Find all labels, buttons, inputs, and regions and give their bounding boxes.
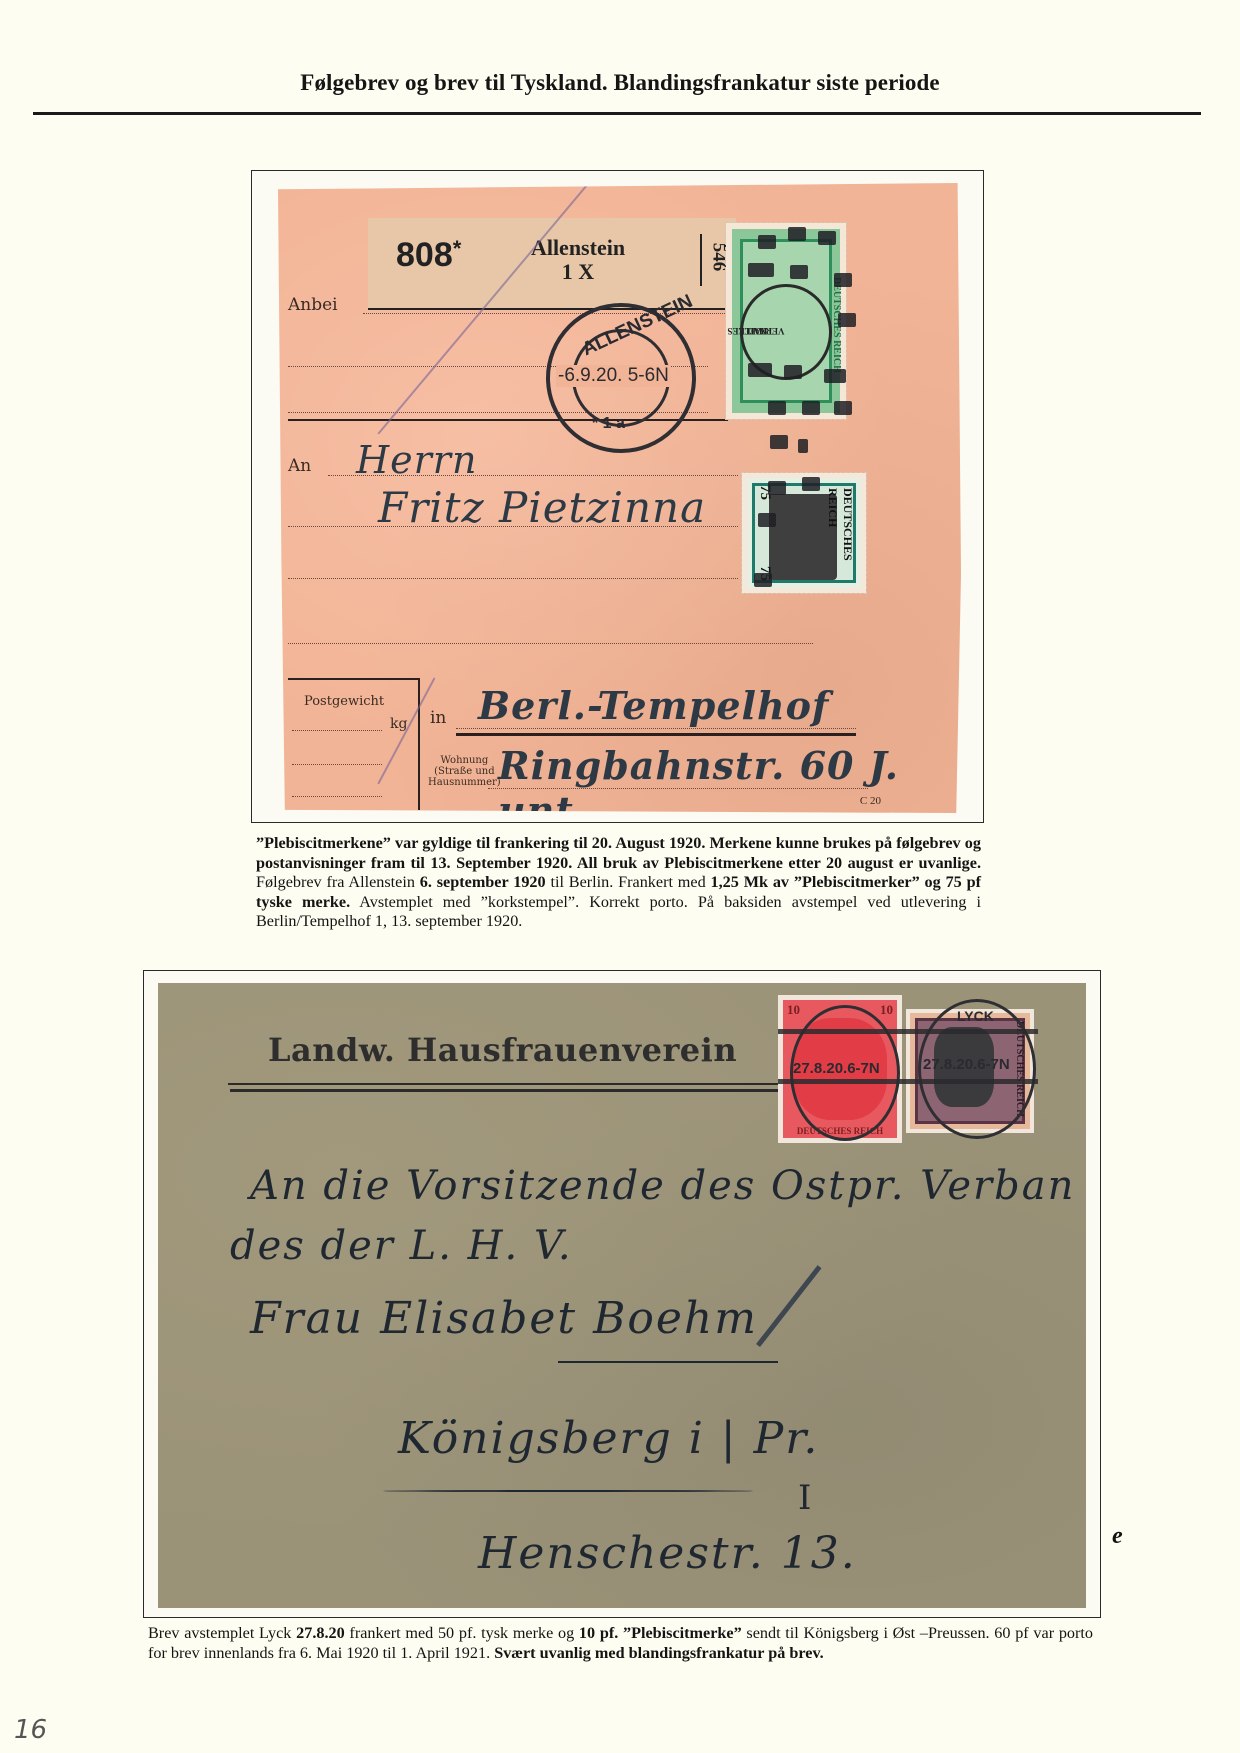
parcel-card: 808* Allenstein 1 X 546 Anbei An Postgew…	[278, 183, 961, 813]
handwritten-salutation: Herrn	[356, 438, 477, 482]
handwritten-city: Königsberg i | Pr.	[398, 1413, 819, 1464]
cork-cancel	[768, 401, 786, 415]
postgewicht-box: Postgewicht kg	[288, 678, 420, 810]
label-town: Allenstein	[508, 236, 648, 260]
underline	[558, 1361, 778, 1363]
cork-cancel	[748, 363, 772, 377]
cork-cancel	[784, 365, 802, 379]
field-an: An	[288, 456, 311, 476]
page-number: 16	[14, 1715, 47, 1745]
postmark-date: -6.9.20. 5-6N	[556, 365, 671, 387]
cork-cancel	[834, 273, 852, 287]
label-office: 1 X	[508, 260, 648, 284]
header-rule	[230, 1089, 848, 1092]
parcel-card-frame: 808* Allenstein 1 X 546 Anbei An Postgew…	[251, 170, 984, 823]
cork-cancel	[798, 439, 808, 453]
page-title: Følgebrev og brev til Tyskland. Blanding…	[0, 70, 1240, 96]
caption-segment: 6. september 1920	[420, 873, 546, 891]
caption-segment: ”Plebiscitmerkene” var gyldige til frank…	[256, 834, 981, 872]
envelope-frame: Landw. Hausfrauenverein 10 10 DEUTSCHES …	[143, 970, 1101, 1618]
handwritten-street: Henschestr. 13.	[478, 1528, 857, 1579]
caption-segment: Brev avstemplet Lyck	[148, 1624, 296, 1642]
cork-cancel	[790, 265, 808, 279]
caption-segment: Svært uvanlig med blandingsfrankatur på …	[494, 1644, 824, 1662]
cork-cancel	[754, 573, 772, 587]
handwritten-recipient: Frau Elisabet Boehm	[250, 1293, 758, 1344]
ink-stroke	[756, 1265, 822, 1347]
lyck-postmark: 27.8.20.6-7N	[790, 1005, 900, 1141]
cork-cancel	[834, 401, 852, 415]
allenstein-postmark: ALLENSTEIN -6.9.20. 5-6N * 1 a	[546, 303, 696, 453]
envelope: Landw. Hausfrauenverein 10 10 DEUTSCHES …	[158, 983, 1086, 1608]
bar-cancel	[778, 1079, 1038, 1084]
handwritten-city: Berl.-Tempelhof	[478, 683, 829, 728]
divider-line	[456, 733, 856, 736]
cork-cancel	[802, 401, 820, 415]
cork-cancel	[802, 477, 820, 491]
lyck-postmark: LYCK 27.8.20.6-7N	[918, 999, 1036, 1139]
caption-segment: 27.8.20	[296, 1624, 345, 1642]
handwritten-recipient: Fritz Pietzinna	[378, 483, 706, 532]
caption-segment: Følgebrev fra Allenstein	[256, 873, 420, 891]
caption-envelope: Brev avstemplet Lyck 27.8.20 frankert me…	[148, 1624, 1093, 1663]
caption-parcel-card: ”Plebiscitmerkene” var gyldige til frank…	[256, 834, 981, 932]
caption-segment: Avstemplet med ”korkstempel”. Korrekt po…	[256, 893, 981, 931]
dotted-line	[288, 643, 813, 644]
parcel-number: 808	[396, 236, 453, 274]
handwritten-floor: I	[798, 1478, 813, 1518]
caption-segment: til Berlin. Frankert med	[546, 873, 711, 891]
cork-cancel	[748, 263, 774, 277]
dotted-line	[363, 313, 763, 314]
bar-cancel	[778, 1029, 1038, 1034]
cork-cancel	[838, 313, 856, 327]
field-in: in	[430, 708, 446, 728]
field-postgewicht: Postgewicht	[304, 694, 384, 709]
cork-cancel	[758, 513, 776, 527]
caption-segment: 10 pf. ”Plebiscitmerke”	[579, 1624, 742, 1642]
field-anbei: Anbei	[288, 295, 338, 315]
margin-note: e	[1112, 1523, 1123, 1550]
header-rule	[228, 1083, 848, 1085]
underline	[383, 1490, 753, 1492]
cork-cancel	[788, 227, 806, 241]
cork-cancel	[770, 435, 788, 449]
cork-cancel	[758, 235, 776, 249]
handwritten-line-2: des der L. H. V.	[230, 1223, 573, 1269]
title-divider	[33, 112, 1201, 115]
handwritten-street: Ringbahnstr. 60 J. unt.	[498, 743, 961, 833]
cork-cancel	[768, 481, 786, 495]
star-icon: *	[453, 236, 462, 261]
cork-cancel	[824, 369, 846, 383]
envelope-sender-header: Landw. Hausfrauenverein	[268, 1031, 737, 1069]
cork-cancel	[818, 231, 836, 245]
field-wohnung: Wohnung (Straße und Hausnummer)	[428, 755, 501, 788]
dotted-line	[288, 578, 738, 579]
handwritten-line-1: An die Vorsitzende des Ostpr. Verban	[250, 1163, 1075, 1209]
caption-segment: frankert med 50 pf. tysk merke og	[345, 1624, 579, 1642]
plebiscite-stamp: TRAITÉ DE VERSAILLES DEUTSCHES REICH	[726, 223, 846, 419]
